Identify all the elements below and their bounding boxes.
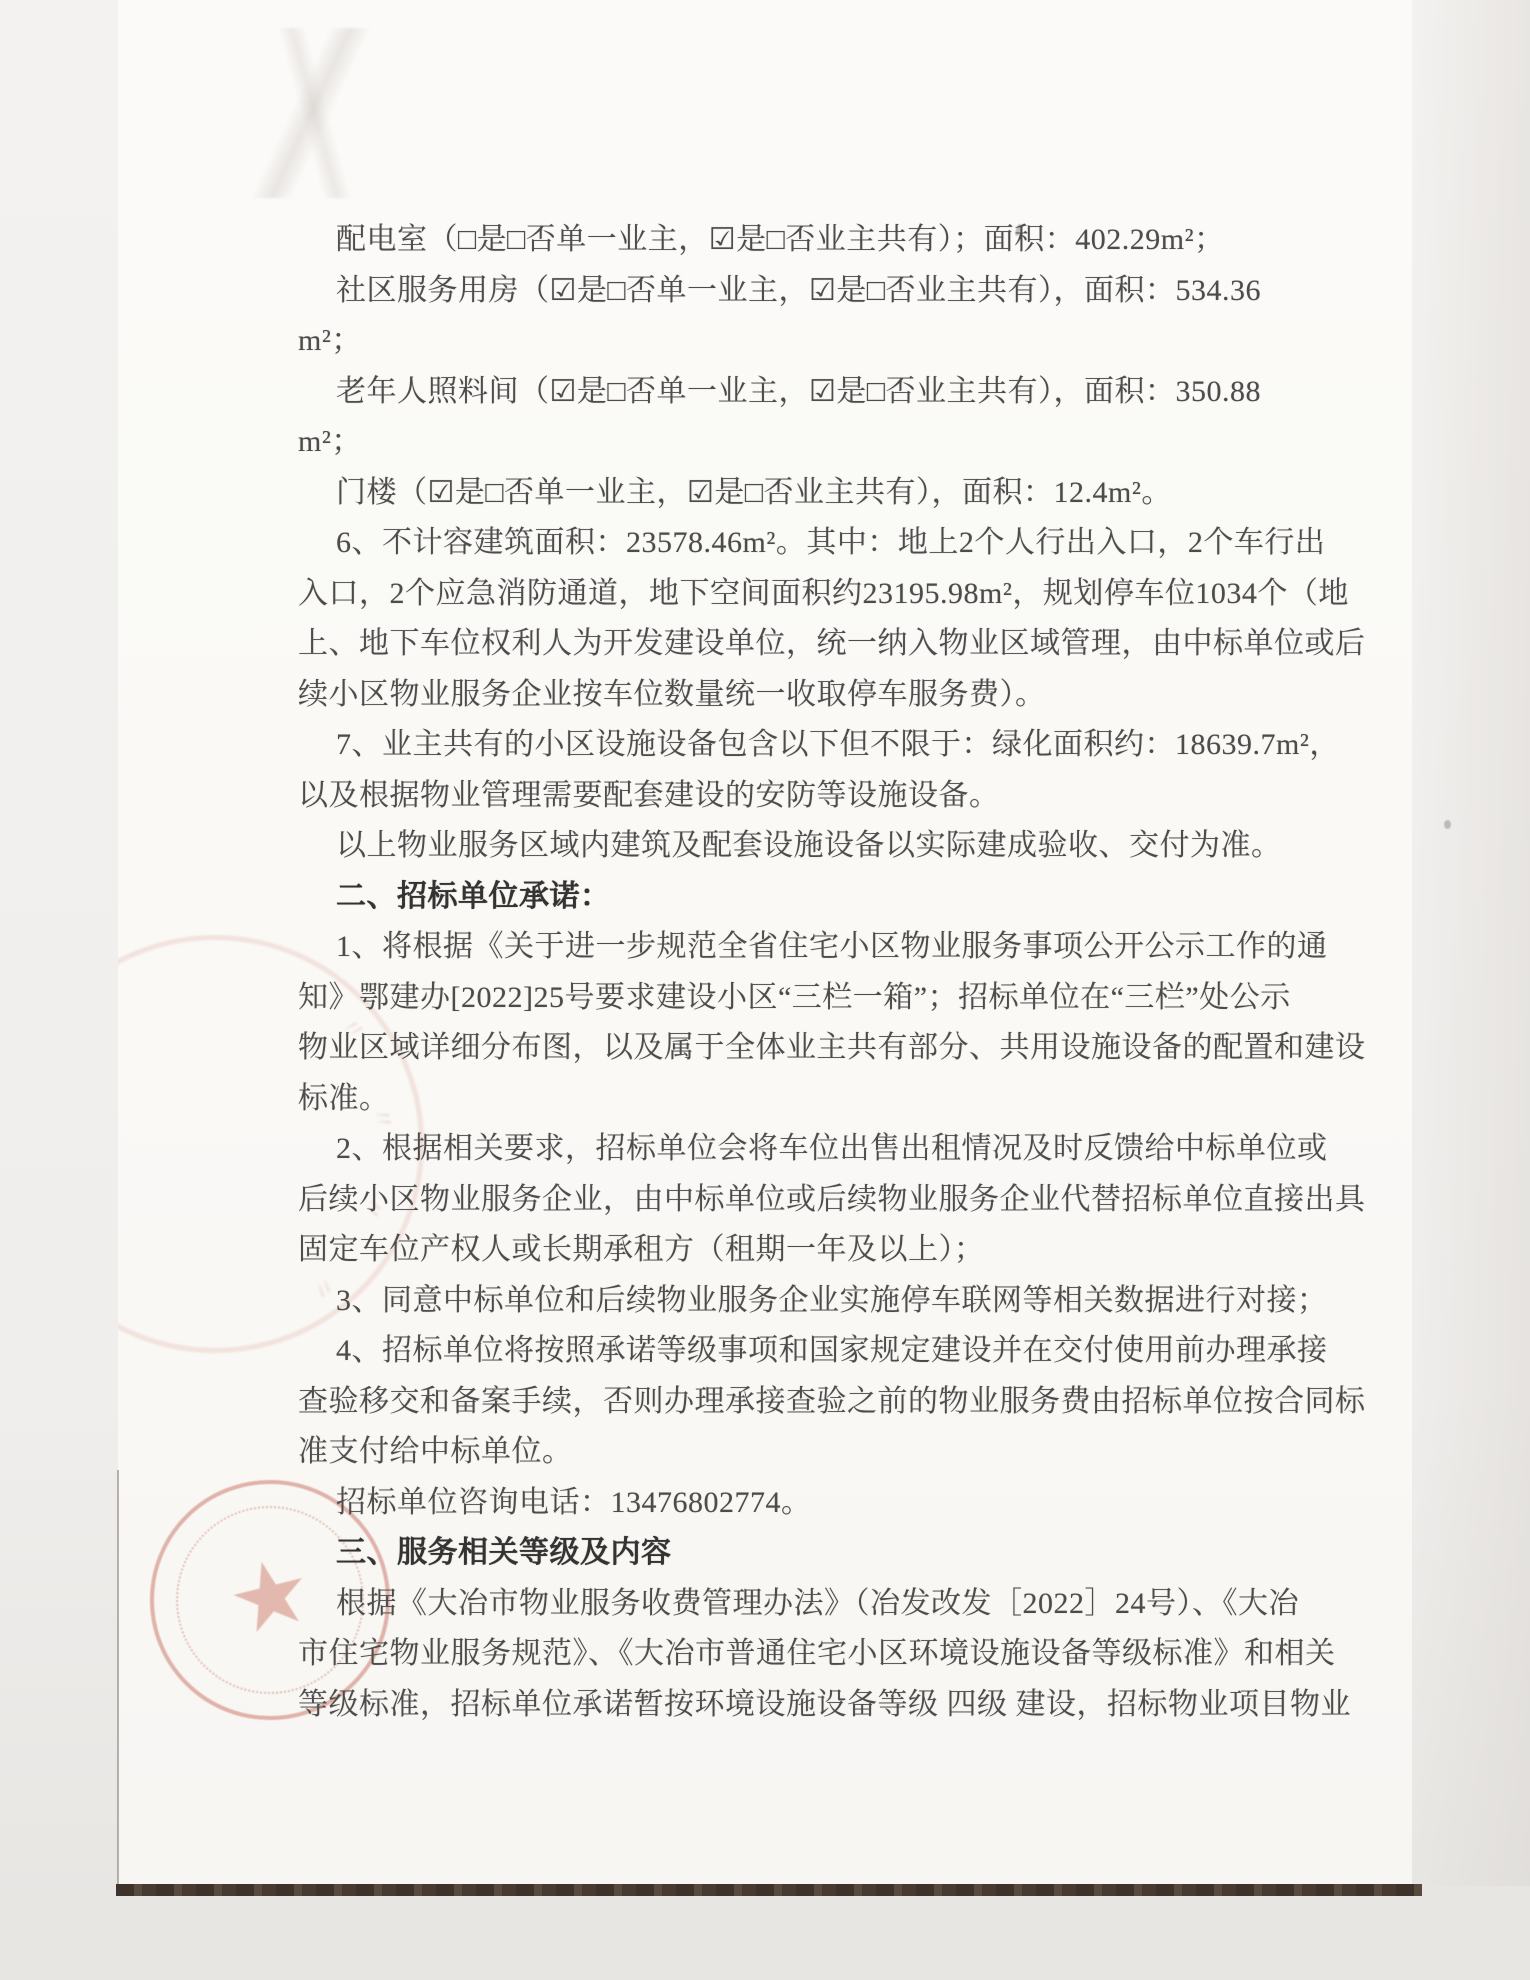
text-line: 根据《大冶市物业服务收费管理办法》（冶发改发［2022］24号）、《大冶: [298, 1586, 1299, 1622]
text-line: 以上物业服务区域内建筑及配套设施设备以实际建成验收、交付为准。: [298, 828, 1282, 864]
text-line: 7、业主共有的小区设施设备包含以下但不限于：绿化面积约：18639.7m²，: [298, 727, 1340, 763]
text-line: 2、根据相关要求，招标单位会将车位出售出租情况及时反馈给中标单位或: [298, 1131, 1328, 1167]
text-line: m²；: [298, 424, 362, 460]
text-line: 门楼（☑是□否单一业主，☑是□否业主共有），面积：12.4m²。: [298, 475, 1172, 511]
document-body: 配电室（□是□否单一业主，☑是□否业主共有）；面积：402.29m²；社区服务用…: [0, 0, 1530, 1980]
text-line: 4、招标单位将按照承诺等级事项和国家规定建设并在交付使用前办理承接: [298, 1333, 1328, 1369]
text-line: 以及根据物业管理需要配套建设的安防等设施设备。: [298, 778, 1000, 814]
text-line: 6、不计容建筑面积：23578.46m²。其中：地上2个人行出入口，2个车行出: [298, 525, 1325, 561]
text-line: 标准。: [298, 1081, 390, 1117]
text-line: 知》鄂建办[2022]25号要求建设小区“三栏一箱”；招标单位在“三栏”处公示: [298, 980, 1291, 1016]
scanned-document-page: 〃 〃 〃 〃 ★ 配电室（□是□否单一业主，☑是□否业主共有）；面积：402.…: [0, 0, 1530, 1980]
text-line: 后续小区物业服务企业，由中标单位或后续物业服务企业代替招标单位直接出具: [298, 1182, 1366, 1218]
text-line: 市住宅物业服务规范》、《大冶市普通住宅小区环境设施设备等级标准》和相关: [298, 1636, 1336, 1672]
text-line: 查验移交和备案手续，否则办理承接查验之前的物业服务费由招标单位按合同标: [298, 1384, 1366, 1420]
text-line: 上、地下车位权利人为开发建设单位，统一纳入物业区域管理，由中标单位或后: [298, 626, 1366, 662]
text-line: 1、将根据《关于进一步规范全省住宅小区物业服务事项公开公示工作的通: [298, 929, 1328, 965]
text-line: 社区服务用房（☑是□否单一业主，☑是□否业主共有），面积：534.36: [298, 273, 1261, 309]
text-line: 等级标准，招标单位承诺暂按环境设施设备等级 四级 建设，招标物业项目物业: [298, 1687, 1351, 1723]
text-line: 准支付给中标单位。: [298, 1434, 573, 1470]
text-line: 老年人照料间（☑是□否单一业主，☑是□否业主共有），面积：350.88: [298, 374, 1261, 410]
text-line: 物业区域详细分布图，以及属于全体业主共有部分、共用设施设备的配置和建设: [298, 1030, 1366, 1066]
text-line: 招标单位咨询电话：13476802774。: [298, 1485, 812, 1521]
text-line: 固定车位产权人或长期承租方（租期一年及以上）；: [298, 1232, 985, 1268]
text-line: 三、服务相关等级及内容: [298, 1535, 672, 1571]
text-line: m²；: [298, 323, 362, 359]
text-line: 续小区物业服务企业按车位数量统一收取停车服务费）。: [298, 677, 1046, 713]
text-line: 入口，2个应急消防通道，地下空间面积约23195.98m²，规划停车位1034个…: [298, 576, 1349, 612]
text-line: 配电室（□是□否单一业主，☑是□否业主共有）；面积：402.29m²；: [298, 222, 1225, 258]
text-line: 3、同意中标单位和后续物业服务企业实施停车联网等相关数据进行对接；: [298, 1283, 1328, 1319]
text-line: 二、招标单位承诺：: [298, 879, 611, 915]
